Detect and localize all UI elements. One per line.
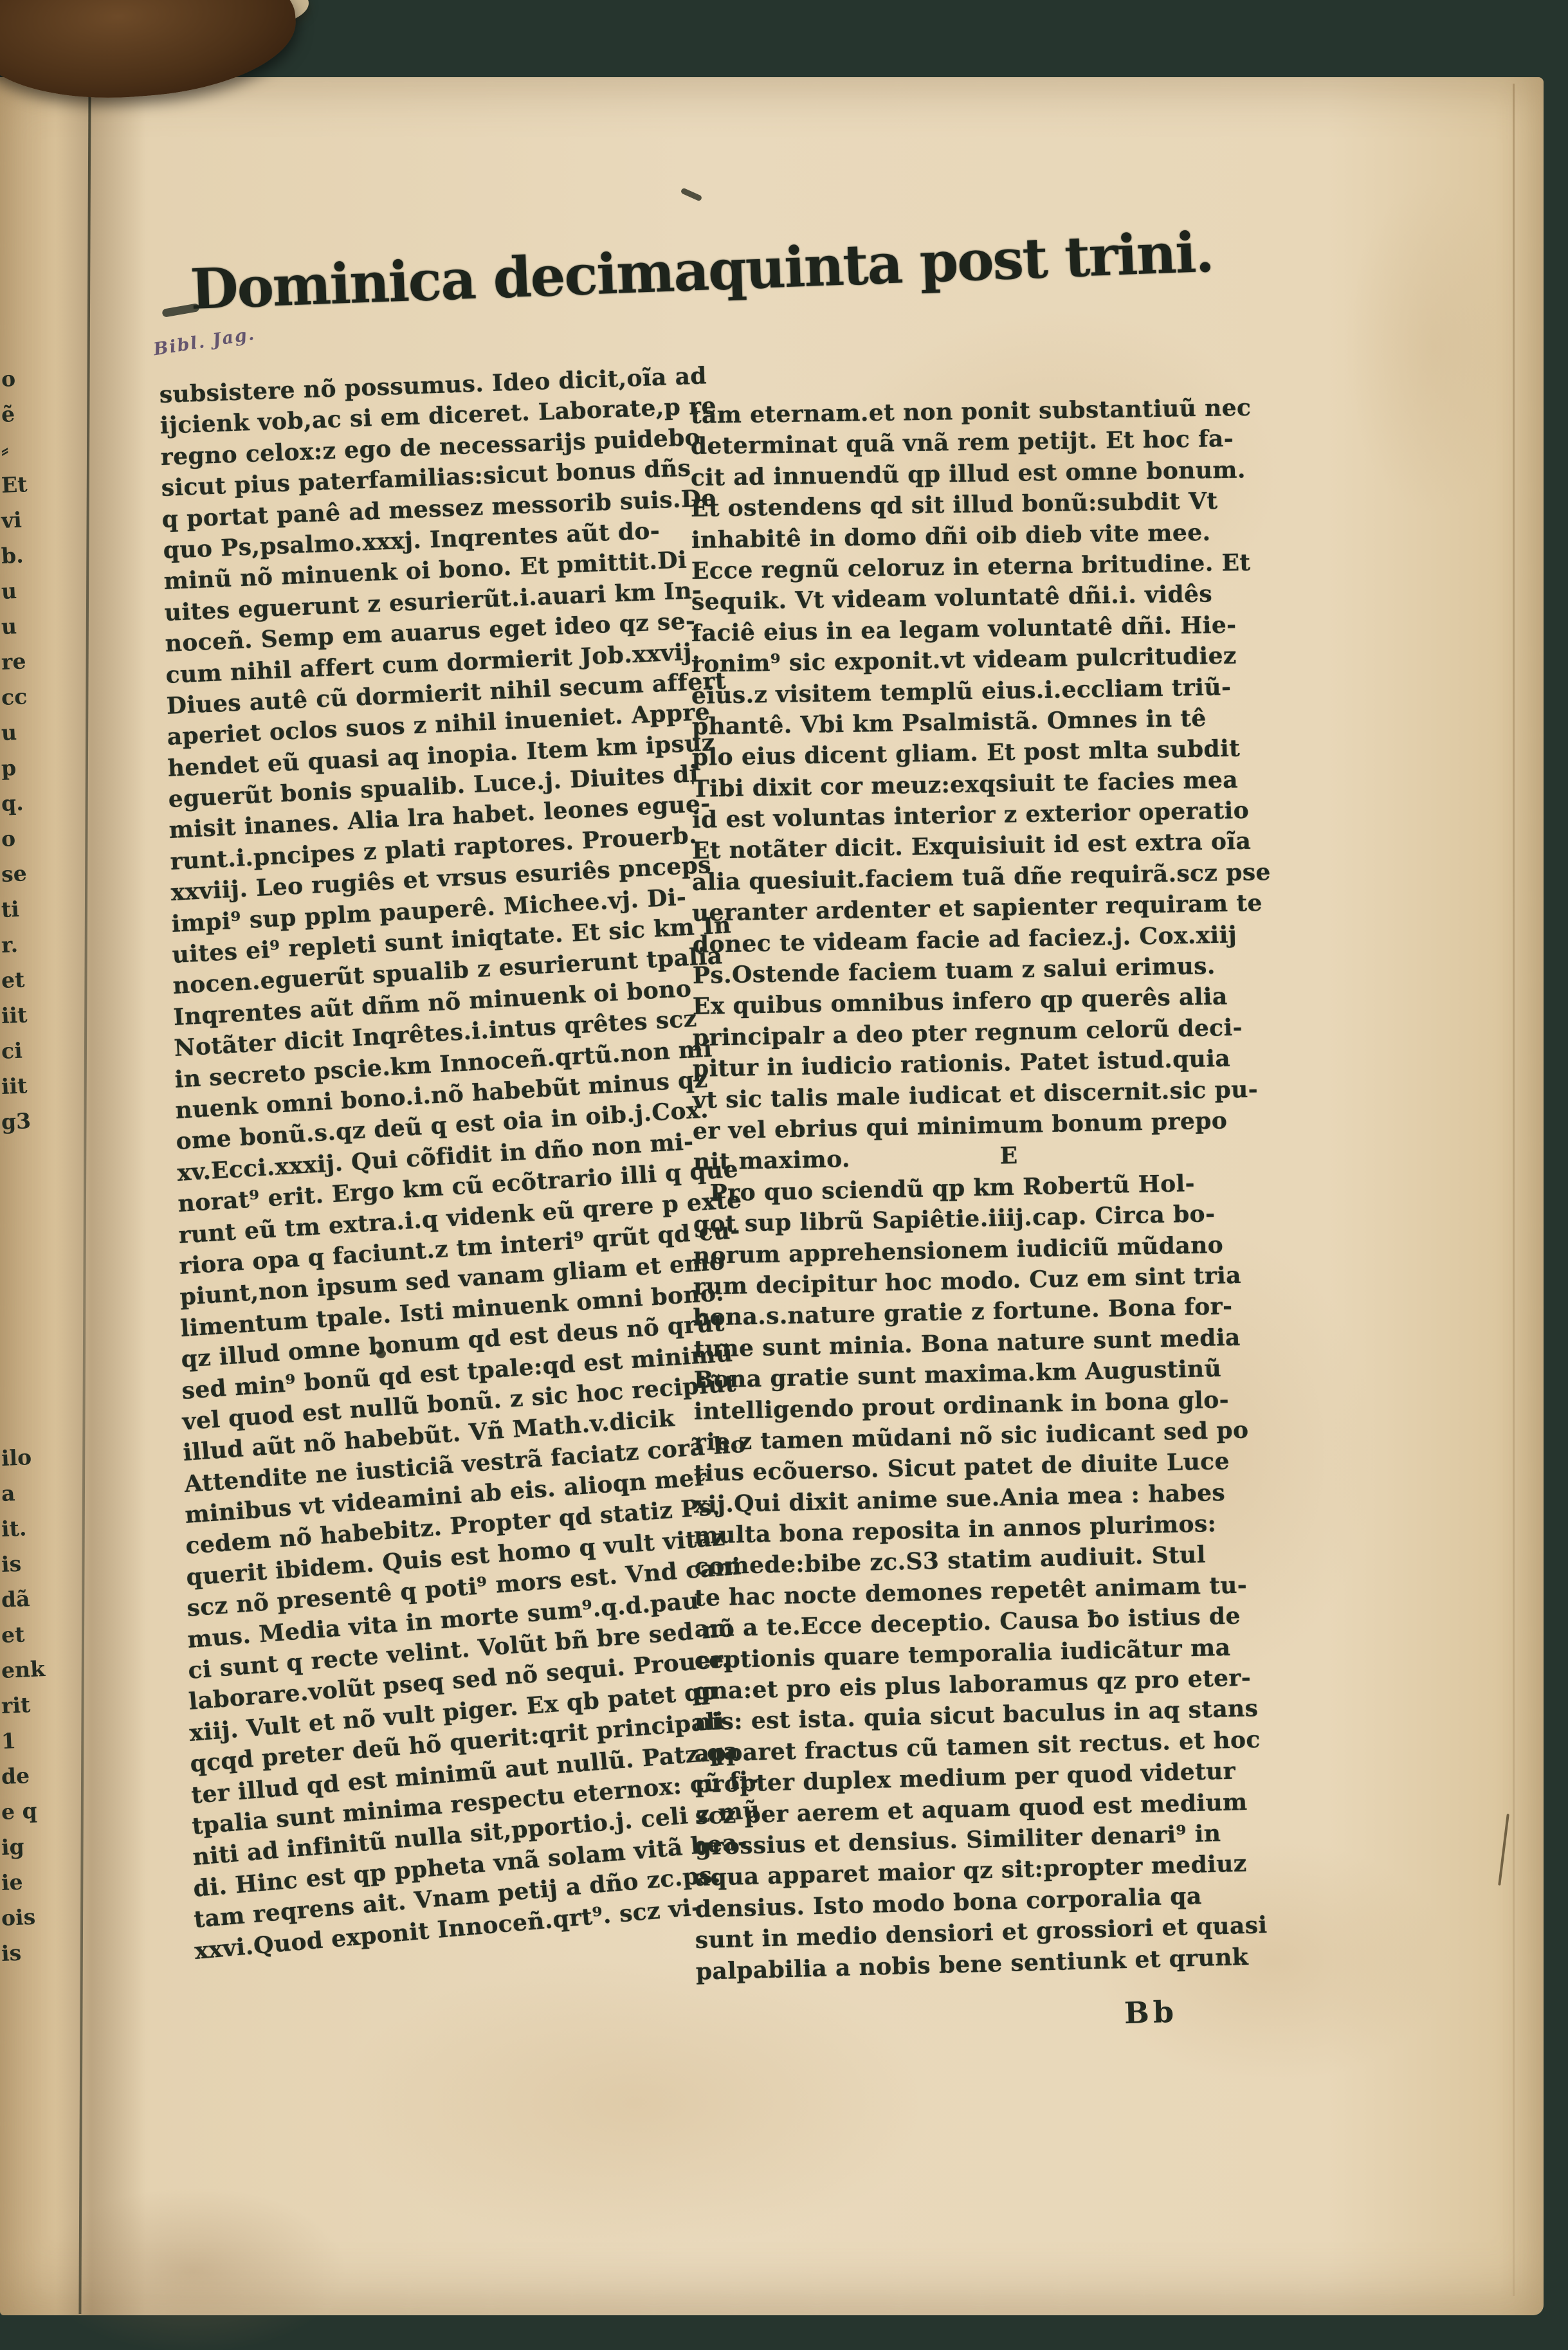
margin-fragment: ti — [1, 890, 53, 927]
quire-signature: Bb — [1124, 1997, 1178, 2028]
margin-fragment: p — [1, 749, 53, 786]
ink-speck — [680, 187, 703, 201]
margin-fragment: iit — [1, 1067, 53, 1104]
scanned-book-photo: oẽ⸗Etvib.uureccupq.osetir.etiitciiitg3 i… — [0, 0, 1568, 2350]
margin-fragment: se — [1, 855, 53, 892]
page-title: Dominica decimaquinta post trini. — [189, 225, 1214, 318]
margin-fragment: is — [1, 1545, 53, 1582]
margin-fragment: ie — [1, 1863, 53, 1900]
margin-fragment: a — [1, 1474, 53, 1511]
margin-fragment: ois — [1, 1899, 53, 1936]
margin-fragment: re — [1, 642, 53, 680]
margin-fragment: dã — [1, 1580, 53, 1617]
facing-page-text-fragments: iloait.isdãetenkrit1dee qigieoisis — [1, 1441, 53, 1971]
margin-fragment: b. — [1, 536, 53, 574]
page-right-edge — [1513, 84, 1515, 2296]
margin-fragment: cc — [1, 678, 53, 715]
margin-fragment: u — [1, 607, 53, 644]
margin-fragment: u — [1, 572, 53, 609]
margin-fragment: vi — [1, 501, 53, 538]
margin-fragment: ẽ — [1, 395, 53, 432]
margin-fragment: et — [1, 1616, 53, 1653]
margin-fragment: o — [1, 360, 53, 397]
margin-pen-mark — [1498, 1814, 1509, 1886]
margin-fragment: Et — [1, 466, 53, 503]
margin-fragment: o — [1, 819, 53, 857]
margin-fragment: et — [1, 961, 53, 998]
margin-fragment: iit — [1, 996, 53, 1034]
margin-fragment: ⸗ — [1, 430, 53, 468]
margin-fragment: ilo — [1, 1439, 53, 1476]
margin-fragment: q. — [1, 784, 53, 821]
margin-fragment: is — [1, 1934, 53, 1971]
ink-dot — [376, 1349, 386, 1358]
text-column-left: subsistere nõ possumus. Ideo dicit,oĩa a… — [160, 379, 762, 1967]
paper-stain — [334, 1955, 939, 2251]
margin-fragment: rit — [1, 1686, 53, 1724]
margin-fragment: it. — [1, 1509, 53, 1547]
margin-fragment: u — [1, 713, 53, 751]
facing-page-text-fragments: oẽ⸗Etvib.uureccupq.osetir.etiitciiitg3 — [1, 361, 53, 1140]
library-stamp: Bibl. Jag. — [152, 325, 257, 359]
paper-stain — [1344, 180, 1524, 515]
gutter-shadow — [55, 77, 145, 2315]
margin-fragment: g3 — [1, 1102, 53, 1140]
text-column-right: tam eternam.et non ponit substantiuũ nec… — [691, 400, 1271, 1987]
margin-fragment: ig — [1, 1828, 53, 1865]
margin-fragment: enk — [1, 1651, 53, 1688]
margin-fragment: de — [1, 1757, 53, 1794]
margin-fragment: 1 — [1, 1722, 53, 1759]
margin-fragment: ci — [1, 1032, 53, 1069]
book-page: oẽ⸗Etvib.uureccupq.osetir.etiitciiitg3 i… — [0, 77, 1544, 2315]
margin-fragment: r. — [1, 925, 53, 963]
margin-fragment: e q — [1, 1792, 53, 1830]
